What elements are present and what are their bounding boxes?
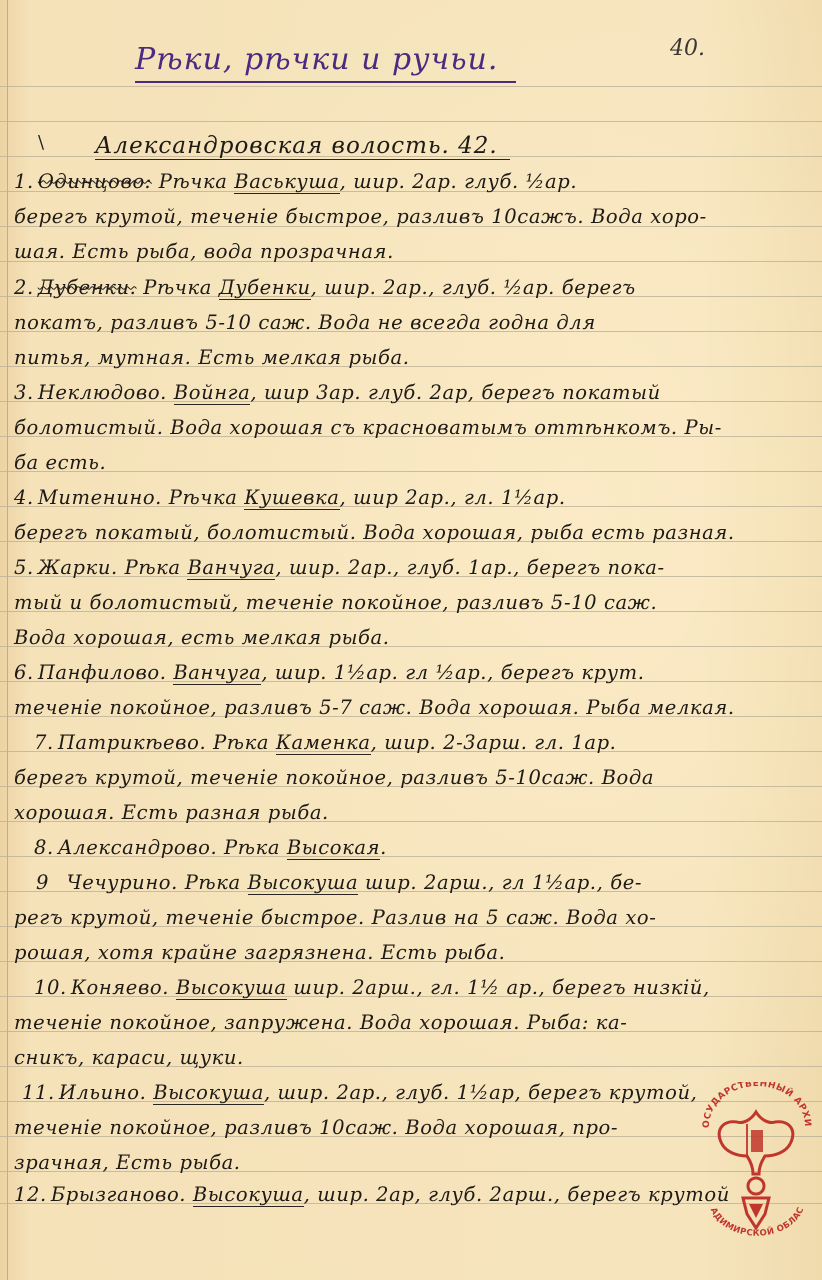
entry-3-line-1: 3.Неклюдово. Войнга, шир 3ар. глуб. 2ар,… [14, 381, 661, 404]
entry-text: Рѣка [206, 731, 276, 754]
entry-text: . [380, 836, 387, 859]
village-name: Ильино. [59, 1081, 147, 1104]
entry-text [169, 976, 176, 999]
ruled-line [0, 471, 822, 472]
entry-text: Рѣка [217, 836, 287, 859]
margin-mark: \ [38, 132, 44, 153]
entry-number: 9 [36, 871, 49, 894]
entry-text: , шир. 2-3арш. гл. 1ар. [371, 731, 617, 754]
entry-2-line-1: 2.Дубенки. Рѣчка Дубенки, шир. 2ар., глу… [14, 276, 636, 299]
entry-text: шир. 2арш., гл. 1½ ар., берегъ низкiй, [287, 976, 710, 999]
ruled-line [0, 86, 822, 87]
entry-1-line-2: берегъ крутой, теченiе быстрое, разливъ … [14, 205, 707, 228]
entry-text: Рѣка [178, 871, 248, 894]
entry-7-line-2: берегъ крутой, теченiе покойное, разливъ… [14, 766, 654, 789]
river-name: Кушевка [244, 486, 339, 510]
entry-10-line-3: сникъ, караси, щуки. [14, 1046, 244, 1069]
entry-text: Рѣка [118, 556, 188, 579]
entry-10-line-2: теченiе покойное, запружена. Вода хороша… [14, 1011, 627, 1034]
entry-number: 8. [34, 836, 54, 859]
river-name: Ванчуга [187, 556, 275, 580]
entry-text: шир. 2арш., гл 1½ар., бе- [358, 871, 642, 894]
page-number: 40. [670, 36, 705, 61]
entry-8-line-1: 8.Александрово. Рѣка Высокая. [34, 836, 387, 859]
village-name: Брызганово. [51, 1183, 186, 1206]
entry-9-line-2: регъ крутой, теченiе быстрое. Разлив на … [14, 906, 656, 929]
entry-number: 7. [34, 731, 54, 754]
river-name: Дубенки [219, 276, 311, 300]
entry-2-line-2: покатъ, разливъ 5-10 саж. Вода не всегда… [14, 311, 596, 334]
entry-2-line-3: питья, мутная. Есть мелкая рыба. [14, 346, 410, 369]
entry-1-line-1: 1.Одинцово: Рѣчка Васькуша, шир. 2ар. гл… [14, 170, 577, 193]
entry-text: , шир. 2ар, глуб. 2арш., берегъ крутой [304, 1183, 730, 1206]
entry-6-line-2: теченiе покойное, разливъ 5-7 саж. Вода … [14, 696, 735, 719]
manuscript-page: Рѣки, рѣчки и ручьи. 40. \ Александровск… [0, 0, 822, 1280]
village-name: Патрикѣево. [58, 731, 206, 754]
entry-text: , шир. 2ар. глуб. ½ар. [340, 170, 578, 193]
entry-5-line-3: Вода хорошая, есть мелкая рыба. [14, 626, 390, 649]
entry-number: 6. [14, 661, 34, 684]
village-name: Панфилово. [38, 661, 167, 684]
river-name: Высокая [287, 836, 380, 860]
river-name: Высокуша [193, 1183, 304, 1207]
entry-text: , шир. 2ар., глуб. ½ар. берегъ [311, 276, 636, 299]
river-name: Каменка [276, 731, 371, 755]
entry-text: , шир 3ар. глуб. 2ар, берегъ покатый [250, 381, 660, 404]
entry-text: , шир 2ар., гл. 1½ар. [340, 486, 566, 509]
section-heading: Александровская волость. 42. [95, 133, 510, 160]
entry-number: 11. [22, 1081, 55, 1104]
village-name: Одинцово: [38, 170, 152, 193]
village-name: Неклюдово. [38, 381, 167, 404]
entry-5-line-1: 5.Жарки. Рѣка Ванчуга, шир. 2ар., глуб. … [14, 556, 665, 579]
page-title: Рѣки, рѣчки и ручьи. [135, 42, 516, 83]
entry-number: 10. [34, 976, 67, 999]
margin-line [7, 0, 8, 1280]
entry-text: , шир. 2ар., глуб. 1½ар, берегъ крутой, [264, 1081, 697, 1104]
entry-11-line-1: 11.Ильино. Высокуша, шир. 2ар., глуб. 1½… [22, 1081, 697, 1104]
village-name: Александрово. [58, 836, 217, 859]
stamp-text-top: ГОСУДАРСТВЕННЫЙ АРХИВ [695, 1082, 812, 1128]
entry-7-line-3: хорошая. Есть разная рыба. [14, 801, 329, 824]
village-name: Коняево. [71, 976, 169, 999]
entry-4-line-1: 4.Митенино. Рѣчка Кушевка, шир 2ар., гл.… [14, 486, 566, 509]
entry-text: Рѣчка [136, 276, 218, 299]
entry-text [186, 1183, 193, 1206]
entry-11-line-2: теченiе покойное, разливъ 10саж. Вода хо… [14, 1116, 618, 1139]
river-name: Ванчуга [173, 661, 261, 685]
entry-text: Рѣчка [162, 486, 244, 509]
entry-4-line-2: берегъ покатый, болотистый. Вода хорошая… [14, 521, 735, 544]
entry-12-line-1: 12.Брызганово. Высокуша, шир. 2ар, глуб.… [14, 1183, 730, 1206]
entry-text: Рѣчка [152, 170, 234, 193]
entry-number: 5. [14, 556, 34, 579]
entry-5-line-2: тый и болотистый, теченiе покойное, разл… [14, 591, 657, 614]
entry-11-line-3: зрачная, Есть рыба. [14, 1151, 241, 1174]
river-name: Высокуша [248, 871, 359, 895]
entry-3-line-2: болотистый. Вода хорошая съ красноватымъ… [14, 416, 722, 439]
archive-stamp: ГОСУДАРСТВЕННЫЙ АРХИВ ВЛАДИМИРСКОЙ ОБЛАС… [695, 1082, 817, 1242]
svg-text:ГОСУДАРСТВЕННЫЙ АРХИВ: ГОСУДАРСТВЕННЫЙ АРХИВ [695, 1082, 812, 1128]
entry-number: 1. [14, 170, 34, 193]
entry-number: 4. [14, 486, 34, 509]
entry-text [167, 381, 174, 404]
river-name: Васькуша [234, 170, 339, 194]
archive-emblem-icon: ГОСУДАРСТВЕННЫЙ АРХИВ ВЛАДИМИРСКОЙ ОБЛАС… [695, 1082, 817, 1242]
entry-7-line-1: 7.Патрикѣево. Рѣка Каменка, шир. 2-3арш.… [34, 731, 616, 754]
entry-9-line-3: рошая, хотя крайне загрязнена. Есть рыба… [14, 941, 505, 964]
entry-text: , шир. 2ар., глуб. 1ар., берегъ пока- [275, 556, 664, 579]
village-name: Жарки. [38, 556, 118, 579]
entry-6-line-1: 6.Панфилово. Ванчуга, шир. 1½ар. гл ½ар.… [14, 661, 645, 684]
river-name: Высокуша [153, 1081, 264, 1105]
village-name: Митенино. [38, 486, 162, 509]
entry-number: 3. [14, 381, 34, 404]
river-name: Войнга [174, 381, 251, 405]
ruled-line [0, 121, 822, 122]
river-name: Высокуша [176, 976, 287, 1000]
entry-1-line-3: шая. Есть рыба, вода прозрачная. [14, 240, 394, 263]
entry-text: , шир. 1½ар. гл ½ар., берегъ крут. [261, 661, 644, 684]
entry-9-line-1: 9 Чечурино. Рѣка Высокуша шир. 2арш., гл… [36, 871, 642, 894]
entry-3-line-3: ба есть. [14, 451, 106, 474]
entry-number: 2. [14, 276, 34, 299]
entry-10-line-1: 10.Коняево. Высокуша шир. 2арш., гл. 1½ … [34, 976, 710, 999]
village-name: Чечурино. [67, 871, 178, 894]
village-name: Дубенки. [38, 276, 137, 299]
entry-number: 12. [14, 1183, 47, 1206]
